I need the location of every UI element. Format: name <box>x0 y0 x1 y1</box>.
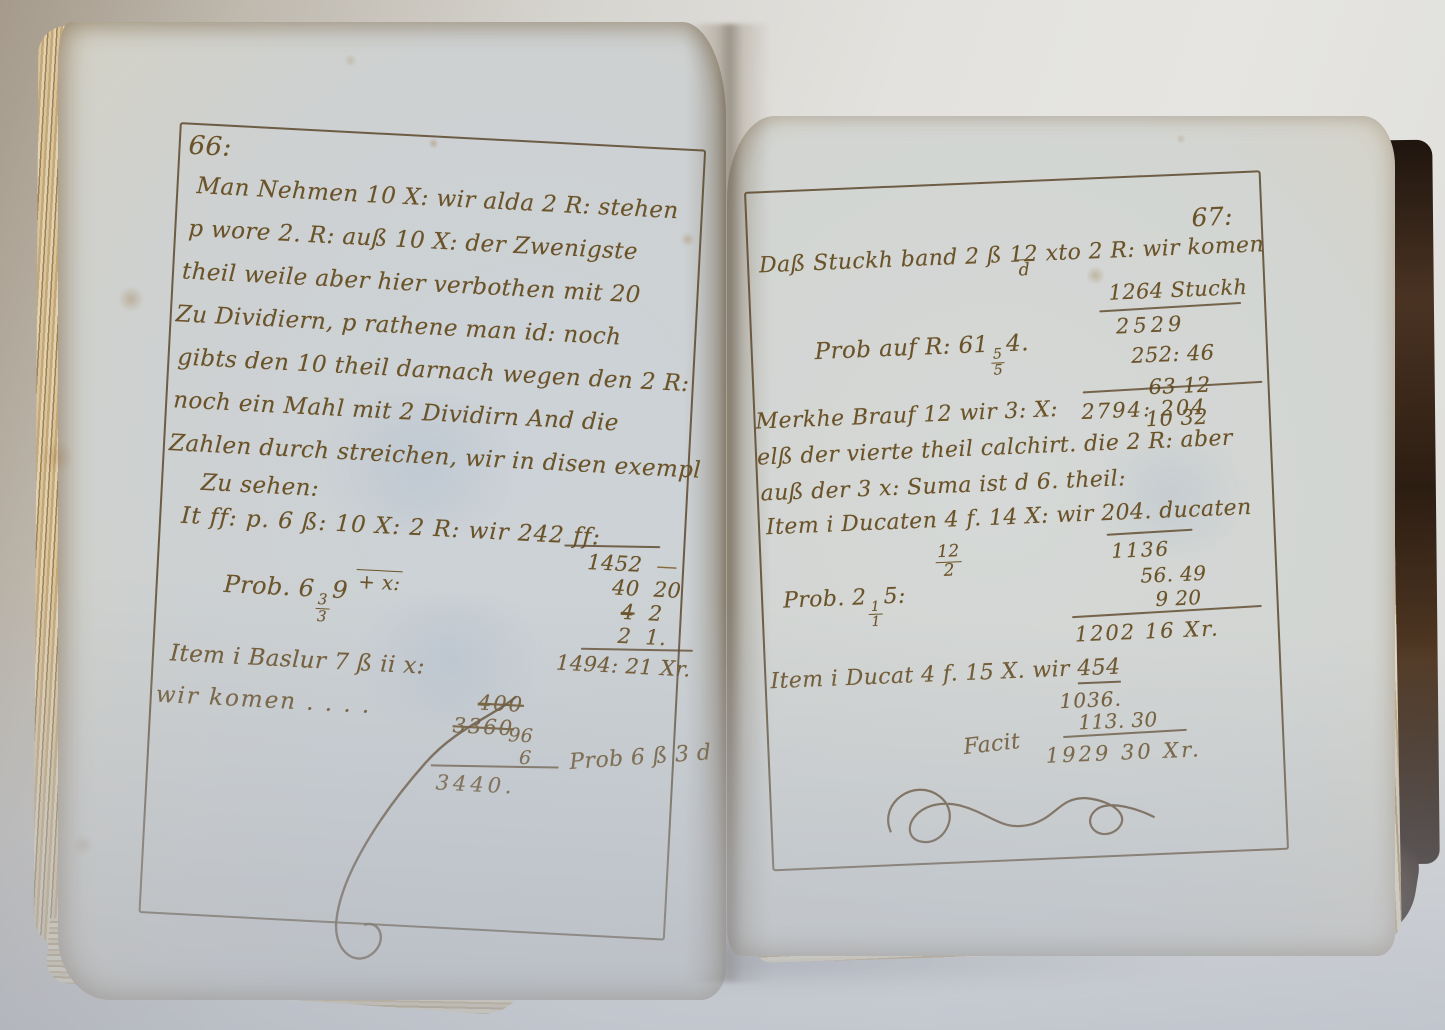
calc-total-value: 1494: <box>555 651 619 678</box>
calc-cell-struck: 4 <box>620 600 635 625</box>
calc-row: 1452 — <box>587 550 679 579</box>
fraction: 11 <box>869 599 883 629</box>
prob-mid: 9 <box>332 576 349 605</box>
calc-cell: 20 <box>653 578 682 603</box>
calc-row: 40 20 <box>612 575 682 603</box>
prob-overlined: + x: <box>356 569 403 595</box>
signature-flourish <box>876 759 1170 871</box>
calc-cell: 40 <box>612 575 641 600</box>
calc-cell: 1452 <box>587 550 643 577</box>
calc-cell: 56. 49 <box>1140 561 1207 588</box>
calc-total-unit: 21 Xr. <box>625 654 691 681</box>
calc-cell: 1. <box>645 625 667 650</box>
page-number-left: 66: <box>188 131 233 163</box>
prob-line: Prob auf R: 61554. <box>814 330 1030 386</box>
left-page-content: 66: Man Nehmen 10 X: wir alda 2 R: stehe… <box>136 120 730 958</box>
calc-row: 2 1. <box>617 624 667 651</box>
prob-line: Prob. 6339 + x: <box>222 563 403 629</box>
hanging-fraction: 12d <box>1009 242 1039 268</box>
calc-cell: — <box>656 554 679 579</box>
page-number-right: 67: <box>1191 201 1234 232</box>
calc-row: 4 2 <box>620 600 663 626</box>
calc-cell: 252: 46 <box>1131 340 1215 367</box>
calc-cell: 9 20 <box>1155 585 1202 611</box>
pen-flourish-descender <box>273 679 528 991</box>
calc-cell: 1136 <box>1111 536 1171 562</box>
prob-post: 5: <box>883 584 906 610</box>
prob-line-2: Prob. 2115: <box>783 584 907 634</box>
fraction: 55 <box>991 347 1006 378</box>
manuscript-photo: 66: Man Nehmen 10 X: wir alda 2 R: stehe… <box>0 0 1445 1030</box>
calc-cell: 2 <box>617 624 632 649</box>
fraction: 33 <box>315 592 331 625</box>
prob-pre: Prob. 6 <box>223 570 315 603</box>
prob-post: 4. <box>1005 330 1029 357</box>
mini-fraction: 122 <box>933 541 965 581</box>
calc-cell: 2 <box>648 601 663 626</box>
calc-cell: 2529 <box>1115 312 1185 339</box>
right-page-content: 67: Daß Stuckh band 2 ß 12d xto 2 R: wir… <box>742 170 1301 892</box>
prob-pre: Prob. 2 <box>783 585 867 613</box>
underlined-number: 454 <box>1077 655 1121 685</box>
